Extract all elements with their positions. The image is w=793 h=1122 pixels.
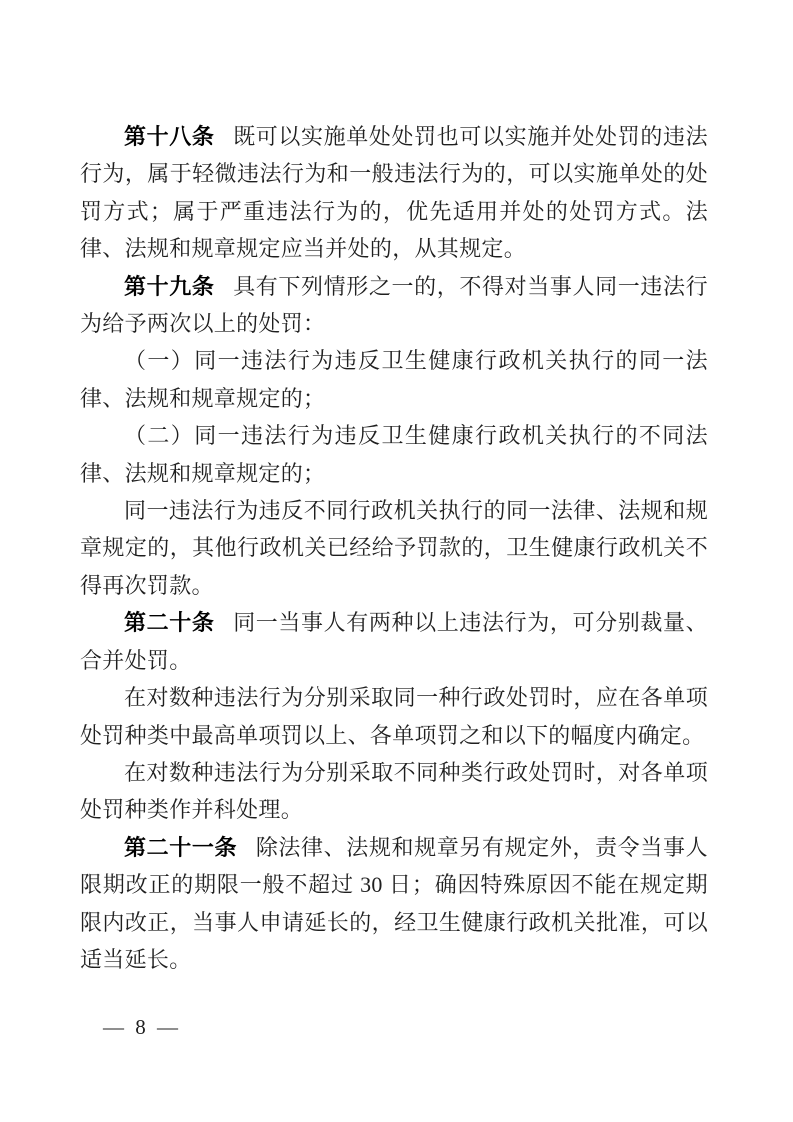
- article-19: 第十九条具有下列情形之一的，不得对当事人同一违法行为给予两次以上的处罚：: [80, 268, 708, 343]
- article-18: 第十八条既可以实施单处处罚也可以实施并处处罚的违法行为，属于轻微违法行为和一般违…: [80, 118, 708, 268]
- article-20-paragraph-2: 在对数种违法行为分别采取同一种行政处罚时，应在各单项处罚种类中最高单项罚以上、各…: [80, 679, 708, 754]
- document-body: 第十八条既可以实施单处处罚也可以实施并处处罚的违法行为，属于轻微违法行为和一般违…: [80, 118, 708, 978]
- article-21: 第二十一条除法律、法规和规章另有规定外，责令当事人限期改正的期限一般不超过 30…: [80, 829, 708, 979]
- article-19-number: 第十九条: [124, 274, 215, 299]
- article-19-item-2-text: （二）同一违法行为违反卫生健康行政机关执行的不同法律、法规和规章规定的；: [80, 423, 708, 485]
- article-20-paragraph-3: 在对数种违法行为分别采取不同种类行政处罚时，对各单项处罚种类作并科处理。: [80, 754, 708, 829]
- article-20-paragraph-2-text: 在对数种违法行为分别采取同一种行政处罚时，应在各单项处罚种类中最高单项罚以上、各…: [80, 685, 708, 747]
- page-number: — 8 —: [103, 1012, 181, 1042]
- article-18-number: 第十八条: [124, 124, 215, 149]
- article-19-paragraph-2-text: 同一违法行为违反不同行政机关执行的同一法律、法规和规章规定的，其他行政机关已经给…: [80, 498, 708, 598]
- article-21-number: 第二十一条: [124, 835, 237, 860]
- document-page: 第十八条既可以实施单处处罚也可以实施并处处罚的违法行为，属于轻微违法行为和一般违…: [0, 0, 793, 1122]
- article-19-item-1-text: （一）同一违法行为违反卫生健康行政机关执行的同一法律、法规和规章规定的；: [80, 348, 708, 410]
- article-20-number: 第二十条: [124, 610, 215, 635]
- article-19-item-1: （一）同一违法行为违反卫生健康行政机关执行的同一法律、法规和规章规定的；: [80, 342, 708, 417]
- article-20-paragraph-3-text: 在对数种违法行为分别采取不同种类行政处罚时，对各单项处罚种类作并科处理。: [80, 760, 708, 822]
- article-20: 第二十条同一当事人有两种以上违法行为，可分别裁量、合并处罚。: [80, 604, 708, 679]
- article-19-paragraph-2: 同一违法行为违反不同行政机关执行的同一法律、法规和规章规定的，其他行政机关已经给…: [80, 492, 708, 604]
- article-19-item-2: （二）同一违法行为违反卫生健康行政机关执行的不同法律、法规和规章规定的；: [80, 417, 708, 492]
